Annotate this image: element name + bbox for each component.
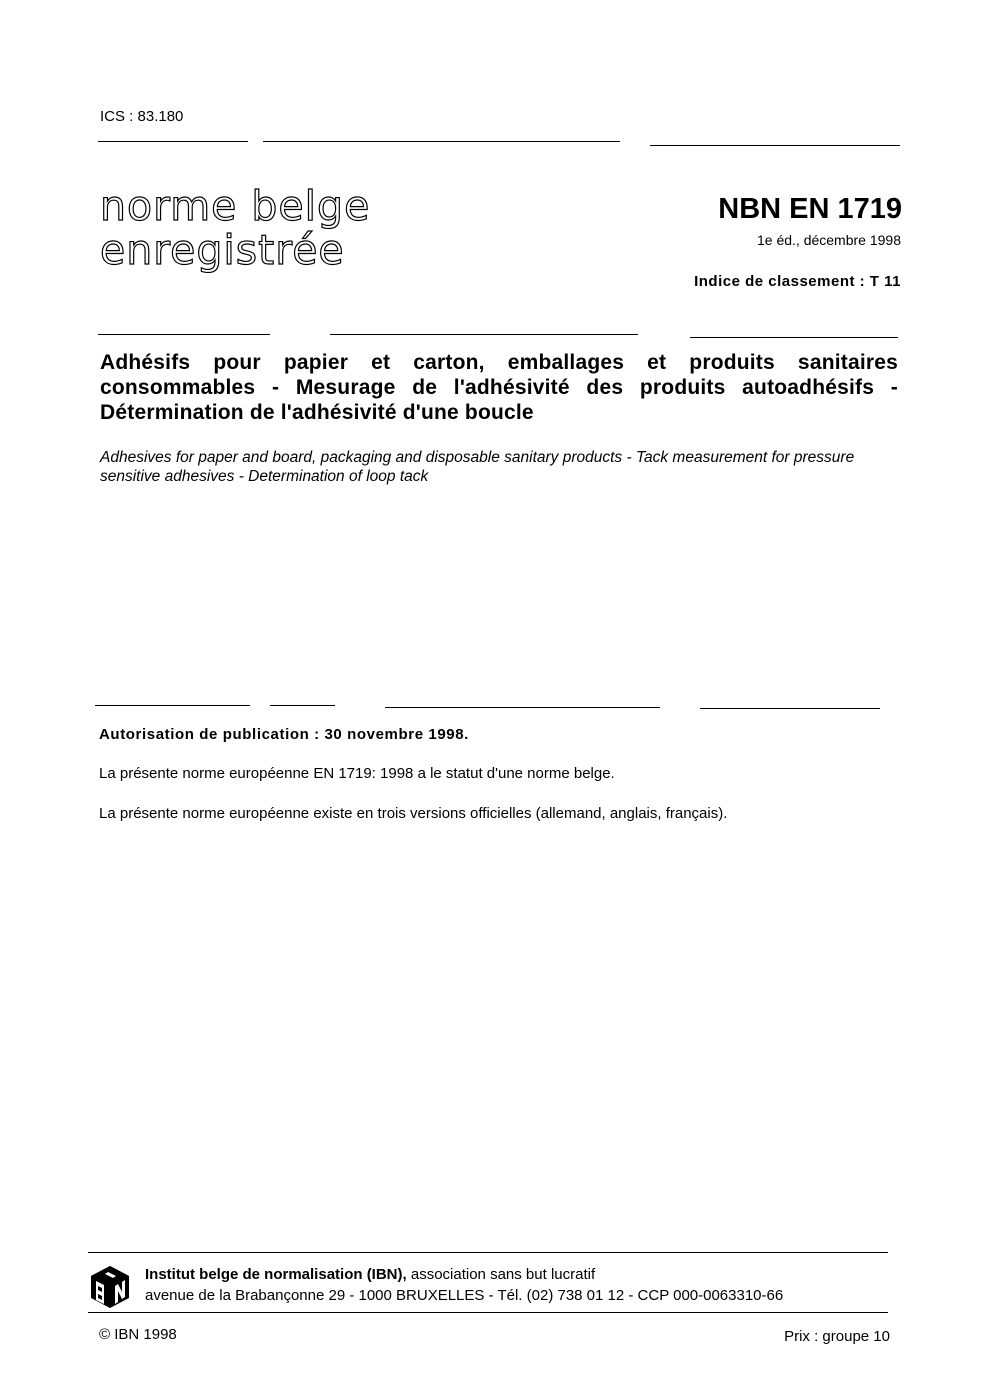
divider <box>490 707 660 708</box>
divider <box>700 708 880 709</box>
divider <box>270 705 335 706</box>
copyright: © IBN 1998 <box>99 1326 177 1343</box>
brand-line-1: norme belge <box>100 186 370 227</box>
institute-name-rest: association sans but lucratif <box>407 1266 595 1283</box>
institute-address: avenue de la Brabançonne 29 - 1000 BRUXE… <box>145 1287 783 1304</box>
divider <box>650 145 900 146</box>
institute-name: Institut belge de normalisation (IBN), a… <box>145 1266 595 1283</box>
versions-statement: La présente norme européenne existe en t… <box>99 805 727 822</box>
price-group: Prix : groupe 10 <box>784 1328 890 1345</box>
divider <box>98 141 248 142</box>
publication-authorization: Autorisation de publication : 30 novembr… <box>99 726 469 743</box>
ics-code: ICS : 83.180 <box>100 108 183 125</box>
divider <box>88 1252 888 1253</box>
divider <box>88 1312 888 1313</box>
institute-name-bold: Institut belge de normalisation (IBN), <box>145 1266 407 1283</box>
status-statement: La présente norme européenne EN 1719: 19… <box>99 765 615 782</box>
divider <box>330 334 638 335</box>
divider <box>95 705 250 706</box>
divider <box>263 141 620 142</box>
standard-number: NBN EN 1719 <box>718 193 902 226</box>
divider <box>690 337 898 338</box>
brand-line-2: enregistrée <box>100 230 345 271</box>
ibn-cube-logo-icon <box>89 1264 131 1310</box>
classification-index: Indice de classement : T 11 <box>694 273 901 290</box>
title-french: Adhésifs pour papier et carton, emballag… <box>100 350 898 425</box>
divider <box>98 334 270 335</box>
edition: 1e éd., décembre 1998 <box>757 232 901 248</box>
title-english: Adhesives for paper and board, packaging… <box>100 448 900 486</box>
